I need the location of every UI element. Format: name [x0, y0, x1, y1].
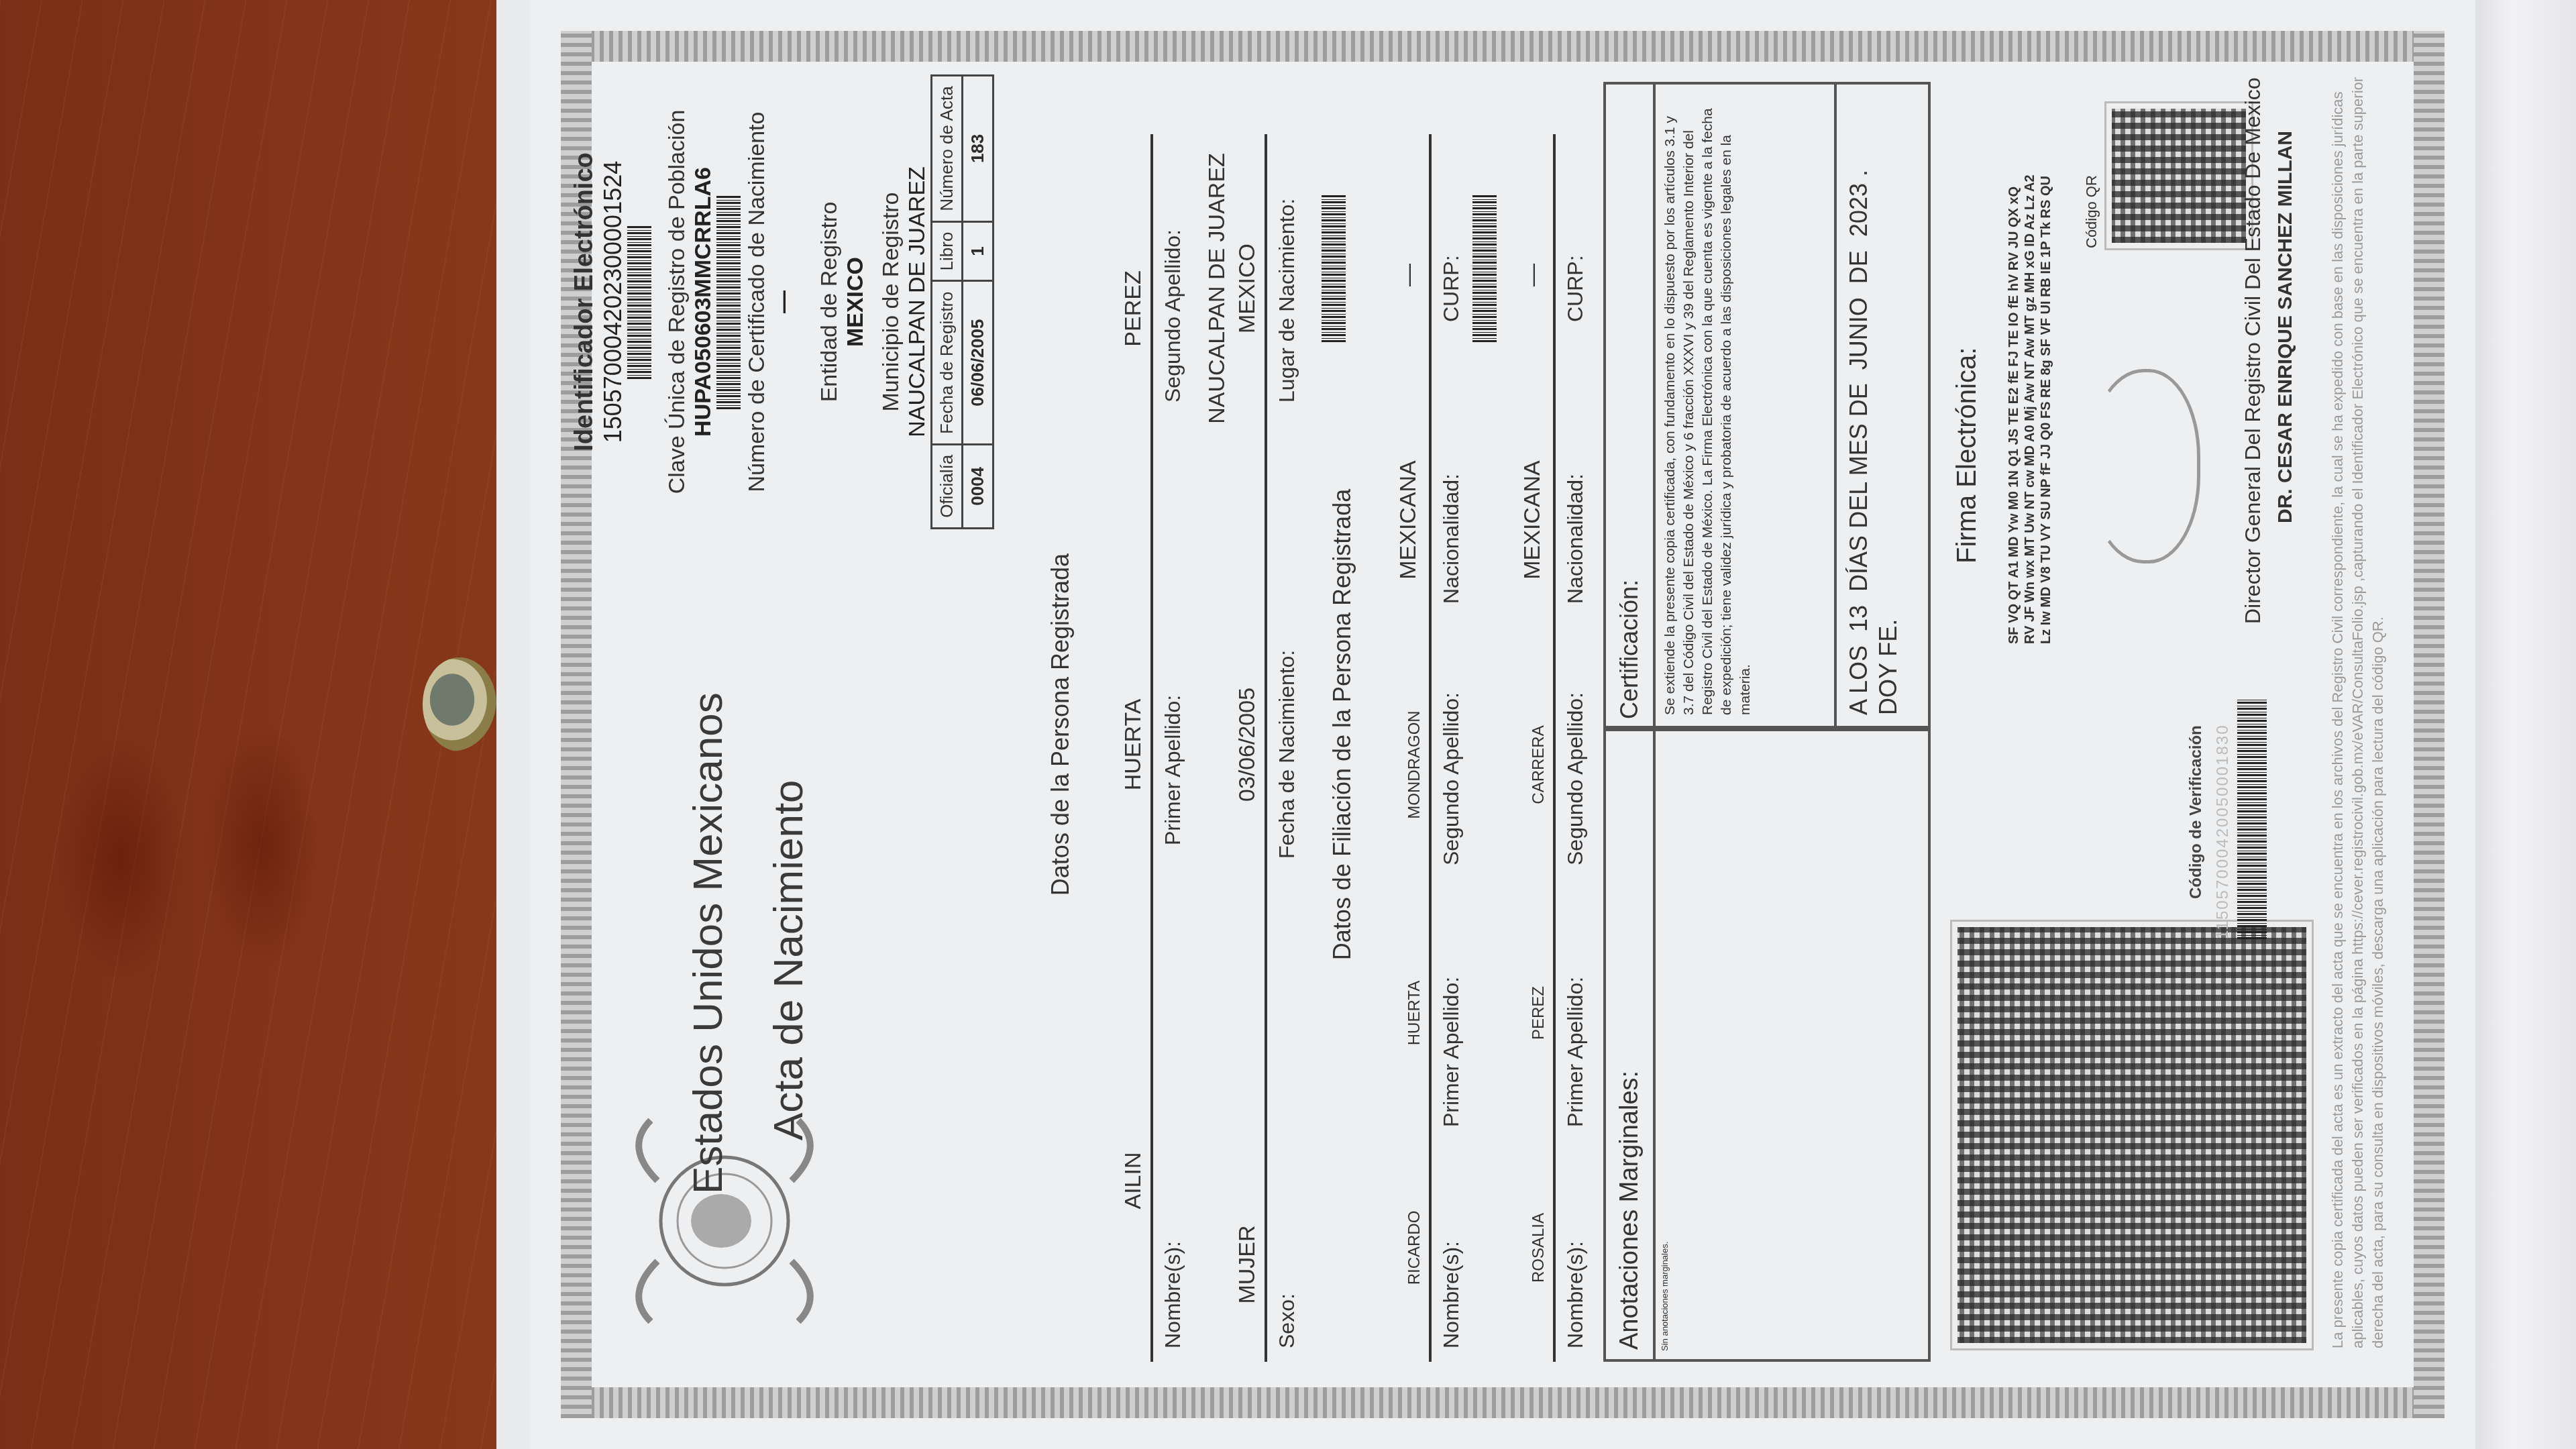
- persona-nombre: AILIN: [1120, 1013, 1146, 1348]
- entidad-label: Entidad de Registro: [816, 27, 843, 577]
- anotaciones-box: Anotaciones Marginales: Sin anotaciones …: [1603, 726, 1931, 1362]
- divider: [1150, 134, 1153, 1362]
- entidad-value: MEXICO: [843, 27, 869, 577]
- padre-nombre: RICARDO: [1405, 1147, 1424, 1348]
- verificacion-value: 115057000420050001830: [2214, 724, 2233, 939]
- persona-section-title: Datos de la Persona Registrada: [1046, 0, 1075, 1449]
- segundo-apellido-label: Segundo Apellido:: [1161, 229, 1185, 402]
- header-info: Identificador Electrónico 15057000420230…: [570, 27, 994, 577]
- binder-ring: [423, 657, 496, 751]
- registro-table: Oficialía Fecha de Registro Libro Número…: [930, 74, 994, 529]
- identificador-label: Identificador Electrónico: [570, 27, 599, 577]
- sexo-label: Sexo:: [1275, 1293, 1299, 1348]
- padre-primer-apellido-label: Primer Apellido:: [1439, 977, 1464, 1127]
- lugar-nacimiento-label: Lugar de Nacimiento:: [1275, 199, 1299, 402]
- padre-nombre-label: Nombre(s):: [1439, 1241, 1464, 1348]
- madre-primer-apellido-label: Primer Apellido:: [1563, 977, 1588, 1127]
- verificacion-barcode: [2237, 698, 2267, 939]
- firma-code: SF VQ QT A1 MD Yw M0 1N Q1 JS TE E2 fE F…: [2006, 174, 2054, 644]
- director-title: Director General Del Registro Civil Del …: [2241, 78, 2265, 625]
- filiacion-section-title: Datos de Filiación de la Persona Registr…: [1328, 0, 1356, 1449]
- signature-mark: [2086, 369, 2200, 563]
- large-qr-code: [1952, 922, 2312, 1348]
- certificacion-box: Certificación: Se extiende la presente c…: [1603, 82, 1931, 731]
- firma-code-line: SF VQ QT A1 MD Yw M0 1N Q1 JS TE E2 fE F…: [2006, 174, 2022, 644]
- madre-curp: —: [1519, 174, 1546, 376]
- value-libro: 1: [963, 221, 994, 281]
- qr-label: Código QR: [2083, 175, 2100, 248]
- divider: [1265, 134, 1267, 1362]
- anotaciones-title: Anotaciones Marginales:: [1615, 1071, 1644, 1350]
- padre-curp-label: CURP:: [1439, 255, 1464, 322]
- value-fecha-registro: 06/06/2005: [963, 281, 994, 444]
- verificacion-label: Código de Verificación: [2187, 725, 2206, 899]
- identificador-value: 150570004202300001524: [599, 27, 627, 577]
- persona-sexo: MUJER: [1234, 1181, 1260, 1348]
- certificacion-title: Certificación:: [1615, 580, 1644, 719]
- curp-value: HUPA050603MMCRRLA6: [690, 27, 716, 577]
- padre-nacionalidad: MEXICANA: [1395, 409, 1421, 631]
- divider: [1553, 134, 1556, 1362]
- madre-nombre-label: Nombre(s):: [1563, 1241, 1588, 1348]
- header-fecha-registro: Fecha de Registro: [932, 281, 963, 444]
- nombre-label: Nombre(s):: [1161, 1241, 1185, 1348]
- header-numero-acta: Número de Acta: [932, 76, 963, 221]
- country-title: Estados Unidos Mexicanos: [684, 692, 732, 1194]
- municipio-label: Municipio de Registro: [878, 27, 904, 577]
- small-qr-code: [2106, 103, 2251, 248]
- madre-primer-apellido: PEREZ: [1529, 912, 1548, 1114]
- madre-segundo-apellido-label: Segundo Apellido:: [1563, 692, 1588, 865]
- padre-nacionalidad-label: Nacionalidad:: [1439, 474, 1464, 604]
- director-name: DR. CESAR ENRIQUE SANCHEZ MILLAN: [2274, 131, 2297, 523]
- madre-nacionalidad: MEXICANA: [1519, 409, 1546, 631]
- madre-nacionalidad-label: Nacionalidad:: [1563, 474, 1588, 604]
- certificado-label: Número de Certificado de Nacimiento: [744, 27, 770, 577]
- persona-primer-apellido: HUERTA: [1120, 577, 1146, 912]
- persona-lugar-nacimiento-2: MEXICO: [1234, 101, 1260, 476]
- certificacion-fecha: A LOS 13 DÍAS DEL MES DE JUNIO DE 2023 .: [1845, 170, 1873, 715]
- anotaciones-text: Sin anotaciones marginales.: [1660, 1242, 1670, 1351]
- padre-curp: —: [1395, 174, 1421, 376]
- header-libro: Libro: [932, 221, 963, 281]
- madre-segundo-apellido: CARRERA: [1529, 664, 1548, 865]
- header-oficialia: Oficialía: [932, 444, 963, 528]
- footer-note: La presente copia certificada del acta e…: [2328, 67, 2388, 1348]
- madre-curp-label: CURP:: [1563, 255, 1588, 322]
- padre-curp-barcode: [1472, 195, 1497, 342]
- identificador-barcode: [627, 225, 651, 379]
- municipio-value: NAUCALPAN DE JUAREZ: [904, 27, 930, 577]
- divider: [1429, 134, 1432, 1362]
- doy-fe: DOY FE.: [1874, 619, 1902, 715]
- firma-code-line: RV JF Wn wx MT Uw NT cw MD A0 Mj Aw NT A…: [2022, 174, 2038, 644]
- value-oficialia: 0004: [963, 444, 994, 528]
- curp-label: Clave Única de Registro de Población: [664, 27, 690, 577]
- certificado-value: —: [770, 27, 796, 577]
- padre-segundo-apellido-label: Segundo Apellido:: [1439, 692, 1464, 865]
- primer-apellido-label: Primer Apellido:: [1161, 695, 1185, 845]
- persona-fecha-nacimiento: 03/06/2005: [1234, 577, 1260, 912]
- birth-certificate-document: Estados Unidos Mexicanos Acta de Nacimie…: [530, 0, 2475, 1449]
- madre-nombre: ROSALIA: [1529, 1147, 1548, 1348]
- padre-primer-apellido: HUERTA: [1405, 912, 1424, 1114]
- padre-segundo-apellido: MONDRAGON: [1405, 664, 1424, 865]
- persona-lugar-nacimiento-1: NAUCALPAN DE JUAREZ: [1204, 101, 1230, 476]
- fecha-nacimiento-label: Fecha de Nacimiento:: [1275, 650, 1299, 859]
- firma-code-line: Lz Iw MD V8 TU VY SU NP fF JJ Q0 FS RE 8…: [2038, 174, 2054, 644]
- persona-segundo-apellido: PEREZ: [1120, 141, 1146, 476]
- value-numero-acta: 183: [963, 76, 994, 221]
- document-title: Acta de Nacimiento: [765, 780, 812, 1140]
- curp-barcode: [716, 195, 741, 409]
- firma-title: Firma Electrónica:: [1952, 347, 1982, 563]
- certificacion-text: Se extiende la presente copia certificad…: [1661, 98, 1755, 715]
- paper-fold: [2469, 0, 2576, 1449]
